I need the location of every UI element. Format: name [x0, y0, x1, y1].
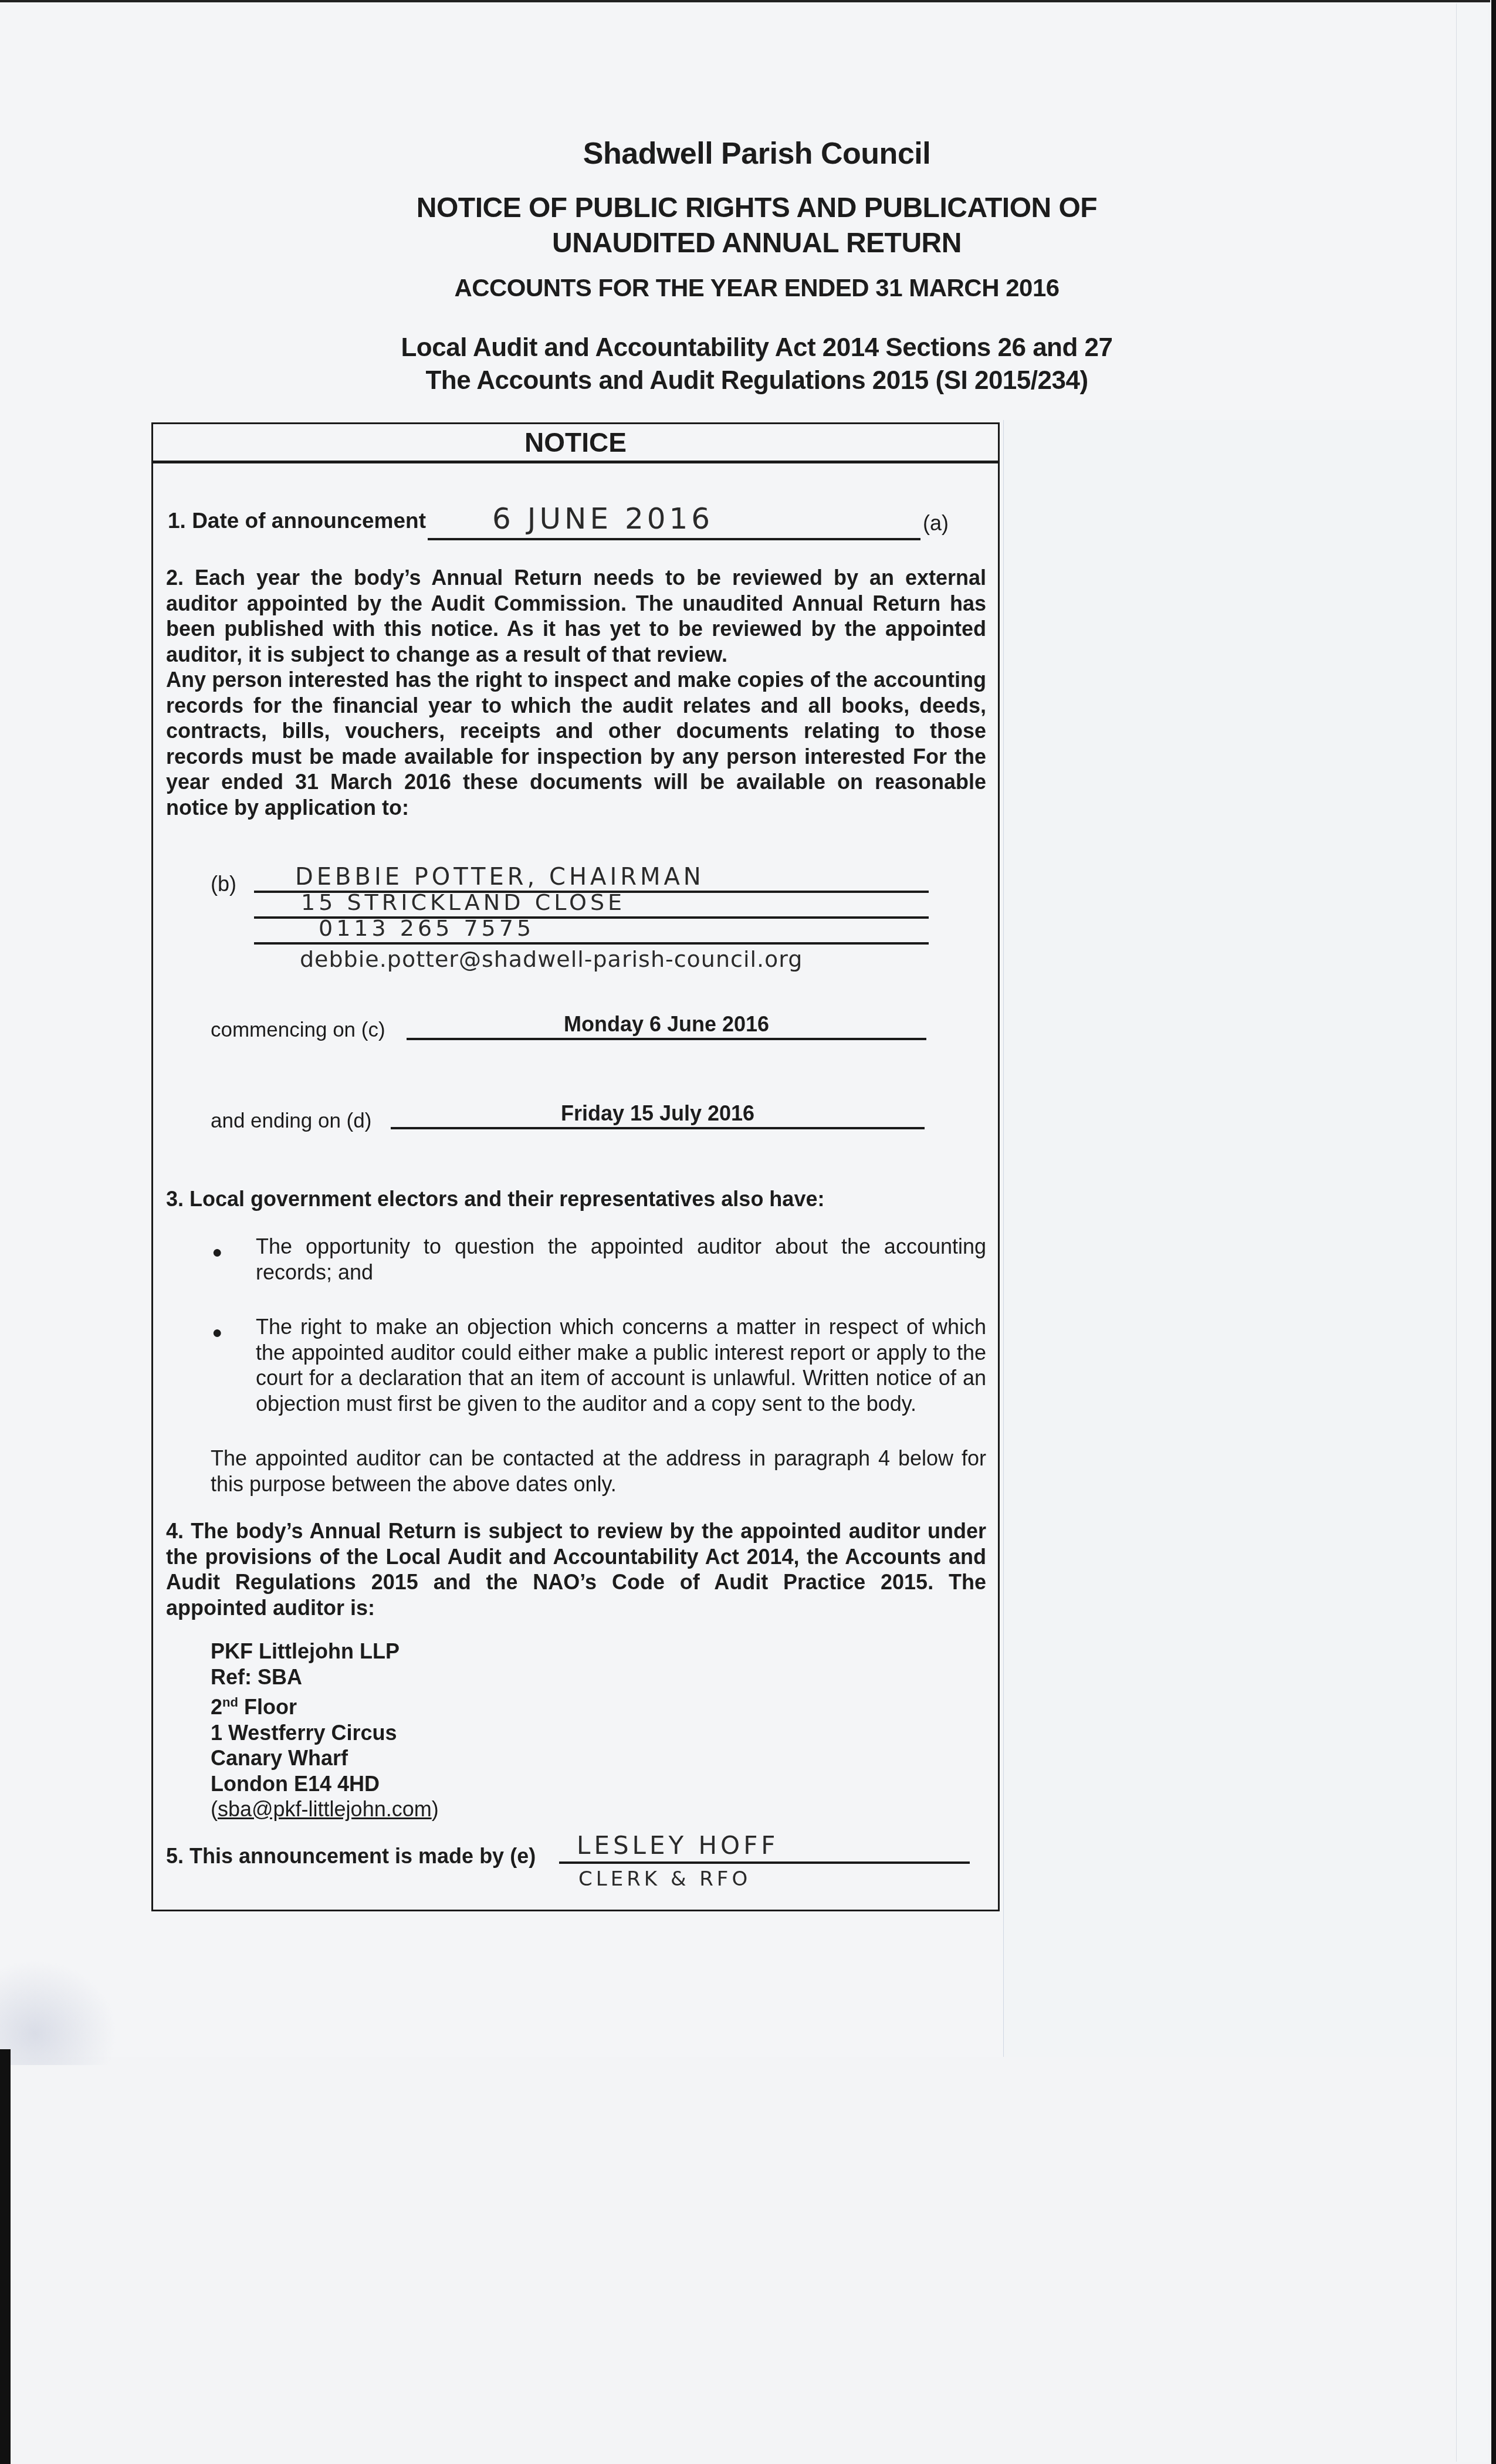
auditor-city: London E14 4HD [211, 1771, 439, 1797]
accounts-year-heading: ACCOUNTS FOR THE YEAR ENDED 31 MARCH 201… [329, 274, 1185, 302]
scanner-border-right [1491, 0, 1496, 2464]
auditor-floor: 2nd Floor [211, 1690, 439, 1720]
notice-title: NOTICE OF PUBLIC RIGHTS AND PUBLICATION … [329, 191, 1185, 261]
notice-title-line1: NOTICE OF PUBLIC RIGHTS AND PUBLICATION … [329, 191, 1185, 226]
contact-name: DEBBIE POTTER, CHAIRMAN [295, 864, 705, 891]
contact-line-1: DEBBIE POTTER, CHAIRMAN [254, 855, 929, 893]
contact-line-3: 0113 265 7575 [254, 919, 929, 945]
commencing-field: Monday 6 June 2016 [407, 1011, 926, 1040]
ending-label: and ending on (d) [211, 1109, 371, 1133]
auditor-firm: PKF Littlejohn LLP [211, 1639, 439, 1664]
date-of-announcement-value: 6 JUNE 2016 [492, 502, 713, 536]
council-name: Shadwell Parish Council [329, 136, 1185, 171]
floor-word: Floor [244, 1695, 297, 1719]
notice-box-title: NOTICE [153, 424, 998, 463]
bullet-icon: ● [212, 1243, 222, 1263]
scanner-edge-strip [1456, 4, 1488, 2462]
date-of-announcement-field: 6 JUNE 2016 [428, 512, 920, 540]
commencing-label: commencing on (c) [211, 1018, 385, 1042]
date-of-announcement-label: 1. Date of announcement [168, 506, 426, 536]
page-sheet-lower [11, 2057, 1456, 2464]
marker-a: (a) [923, 511, 949, 536]
section2-paragraph1: 2. Each year the body’s Annual Return ne… [166, 565, 986, 667]
announcer-name: LESLEY HOFF [577, 1831, 779, 1860]
auditor-address: PKF Littlejohn LLP Ref: SBA 2nd Floor 1 … [211, 1639, 439, 1822]
section2-paragraph2: Any person interested has the right to i… [166, 667, 986, 820]
auditor-email-link[interactable]: sba@pkf-littlejohn.com [218, 1797, 432, 1821]
bullet-icon: ● [212, 1323, 222, 1343]
section4-paragraph: 4. The body’s Annual Return is subject t… [166, 1518, 986, 1620]
notice-title-line2: UNAUDITED ANNUAL RETURN [329, 226, 1185, 261]
floor-number: 2 [211, 1695, 222, 1719]
legislation-heading: Local Audit and Accountability Act 2014 … [329, 331, 1185, 397]
marker-b: (b) [211, 872, 236, 896]
floor-suffix: nd [222, 1695, 238, 1710]
announcement-by-label: 5. This announcement is made by (e) [166, 1844, 536, 1869]
contact-phone: 0113 265 7575 [319, 915, 534, 941]
scanner-border-left [0, 2049, 11, 2464]
announcement-by-field: LESLEY HOFF [559, 1832, 970, 1864]
legislation-line1: Local Audit and Accountability Act 2014 … [329, 331, 1185, 364]
auditor-street: 1 Westferry Circus [211, 1720, 439, 1746]
email-paren-open: ( [211, 1797, 218, 1821]
auditor-area: Canary Wharf [211, 1745, 439, 1771]
section3-bullet-2: The right to make an objection which con… [256, 1314, 986, 1416]
ending-value: Friday 15 July 2016 [561, 1101, 754, 1125]
auditor-ref: Ref: SBA [211, 1664, 439, 1690]
section3-bullet-1: The opportunity to question the appointe… [256, 1234, 986, 1285]
ending-field: Friday 15 July 2016 [391, 1100, 925, 1129]
commencing-value: Monday 6 June 2016 [564, 1012, 769, 1036]
section3-heading: 3. Local government electors and their r… [166, 1187, 824, 1211]
notice-box: NOTICE 1. Date of announcement 6 JUNE 20… [151, 422, 1000, 1911]
contact-email: debbie.potter@shadwell-parish-council.or… [300, 946, 803, 972]
section3-closing: The appointed auditor can be contacted a… [211, 1446, 986, 1497]
announcer-role: CLERK & RFO [578, 1867, 751, 1891]
scan-shadow [0, 1959, 117, 2065]
email-paren-close: ) [432, 1797, 439, 1821]
legislation-line2: The Accounts and Audit Regulations 2015 … [329, 364, 1185, 397]
auditor-email-line: (sba@pkf-littlejohn.com) [211, 1796, 439, 1822]
contact-address: 15 STRICKLAND CLOSE [301, 889, 625, 915]
